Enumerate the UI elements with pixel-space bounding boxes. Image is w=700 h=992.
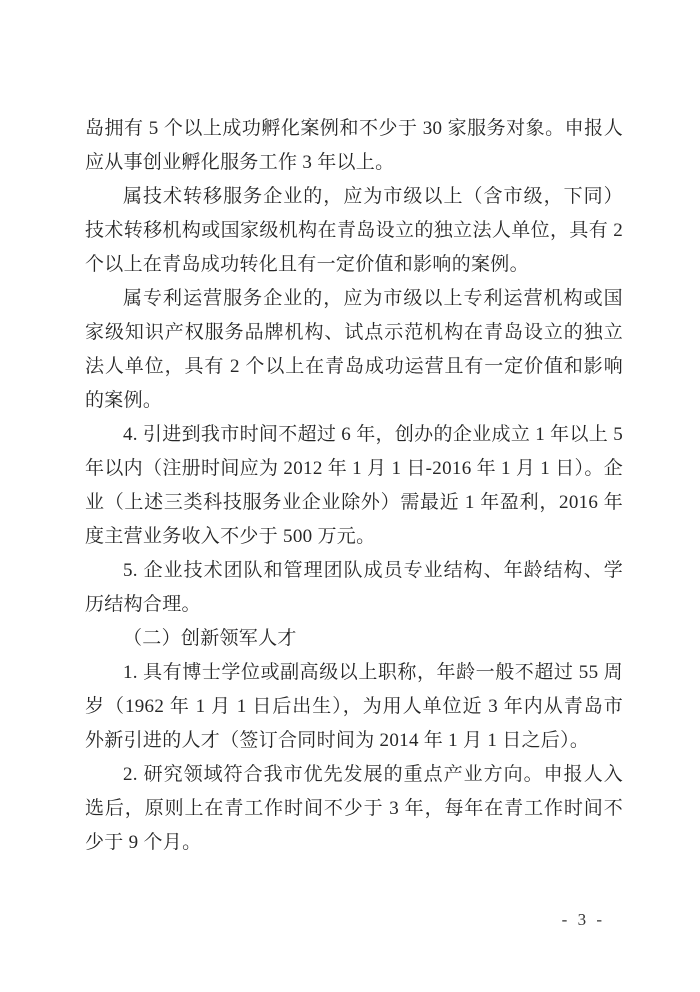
page-number: - 3 - (562, 908, 605, 932)
paragraph-item-1-doctorate-title: 1. 具有博士学位或副高级以上职称，年龄一般不超过 55 周岁（1962 年 1… (85, 656, 623, 758)
paragraph-patent-operation-enterprise: 属专利运营服务企业的，应为市级以上专利运营机构或国家级知识产权服务品牌机构、试点… (85, 282, 623, 418)
document-page: 岛拥有 5 个以上成功孵化案例和不少于 30 家服务对象。申报人应从事创业孵化服… (0, 0, 700, 992)
paragraph-incubation-requirements-continued: 岛拥有 5 个以上成功孵化案例和不少于 30 家服务对象。申报人应从事创业孵化服… (85, 112, 623, 180)
section-heading-innovation-leading-talents: （二）创新领军人才 (85, 622, 623, 656)
paragraph-item-5-team-structure: 5. 企业技术团队和管理团队成员专业结构、年龄结构、学历结构合理。 (85, 554, 623, 622)
paragraph-tech-transfer-enterprise: 属技术转移服务企业的，应为市级以上（含市级，下同）技术转移机构或国家级机构在青岛… (85, 180, 623, 282)
paragraph-item-4-introduction-time: 4. 引进到我市时间不超过 6 年，创办的企业成立 1 年以上 5 年以内（注册… (85, 418, 623, 554)
document-body: 岛拥有 5 个以上成功孵化案例和不少于 30 家服务对象。申报人应从事创业孵化服… (85, 112, 623, 860)
paragraph-item-2-research-field: 2. 研究领域符合我市优先发展的重点产业方向。申报人入选后，原则上在青工作时间不… (85, 758, 623, 860)
